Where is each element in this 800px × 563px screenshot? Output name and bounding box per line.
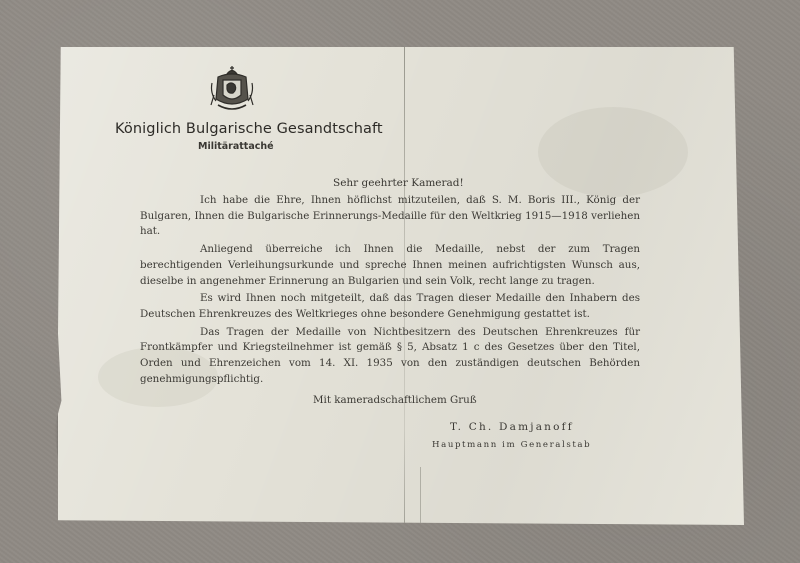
- letter-body: Ich habe die Ehre, Ihnen höflichst mitzu…: [140, 193, 640, 389]
- fold-crease-lower: [420, 467, 421, 525]
- paragraph-legal-requirement: Das Tragen der Medaille von Nichtbesitze…: [140, 325, 640, 388]
- signatory-name: T. Ch. Damjanoff: [450, 421, 574, 433]
- paper-stain: [538, 107, 688, 197]
- closing-greeting: Mit kameradschaftlichem Gruß: [313, 394, 477, 406]
- coat-of-arms-icon: [208, 65, 256, 115]
- legation-name: Königlich Bulgarische Gesandtschaft: [115, 121, 383, 137]
- salutation: Sehr geehrter Kamerad!: [333, 177, 464, 189]
- paragraph-medal-enclosure: Anliegend überreiche ich Ihnen die Medai…: [140, 242, 640, 289]
- paragraph-wearing-permission: Es wird Ihnen noch mitgeteilt, daß das T…: [140, 291, 640, 322]
- signatory-rank: Hauptmann im Generalstab: [432, 440, 591, 450]
- department-name: Militärattaché: [198, 141, 274, 152]
- paragraph-award-notice: Ich habe die Ehre, Ihnen höflichst mitzu…: [140, 193, 640, 240]
- letter-sheet: Königlich Bulgarische Gesandtschaft Mili…: [58, 47, 744, 525]
